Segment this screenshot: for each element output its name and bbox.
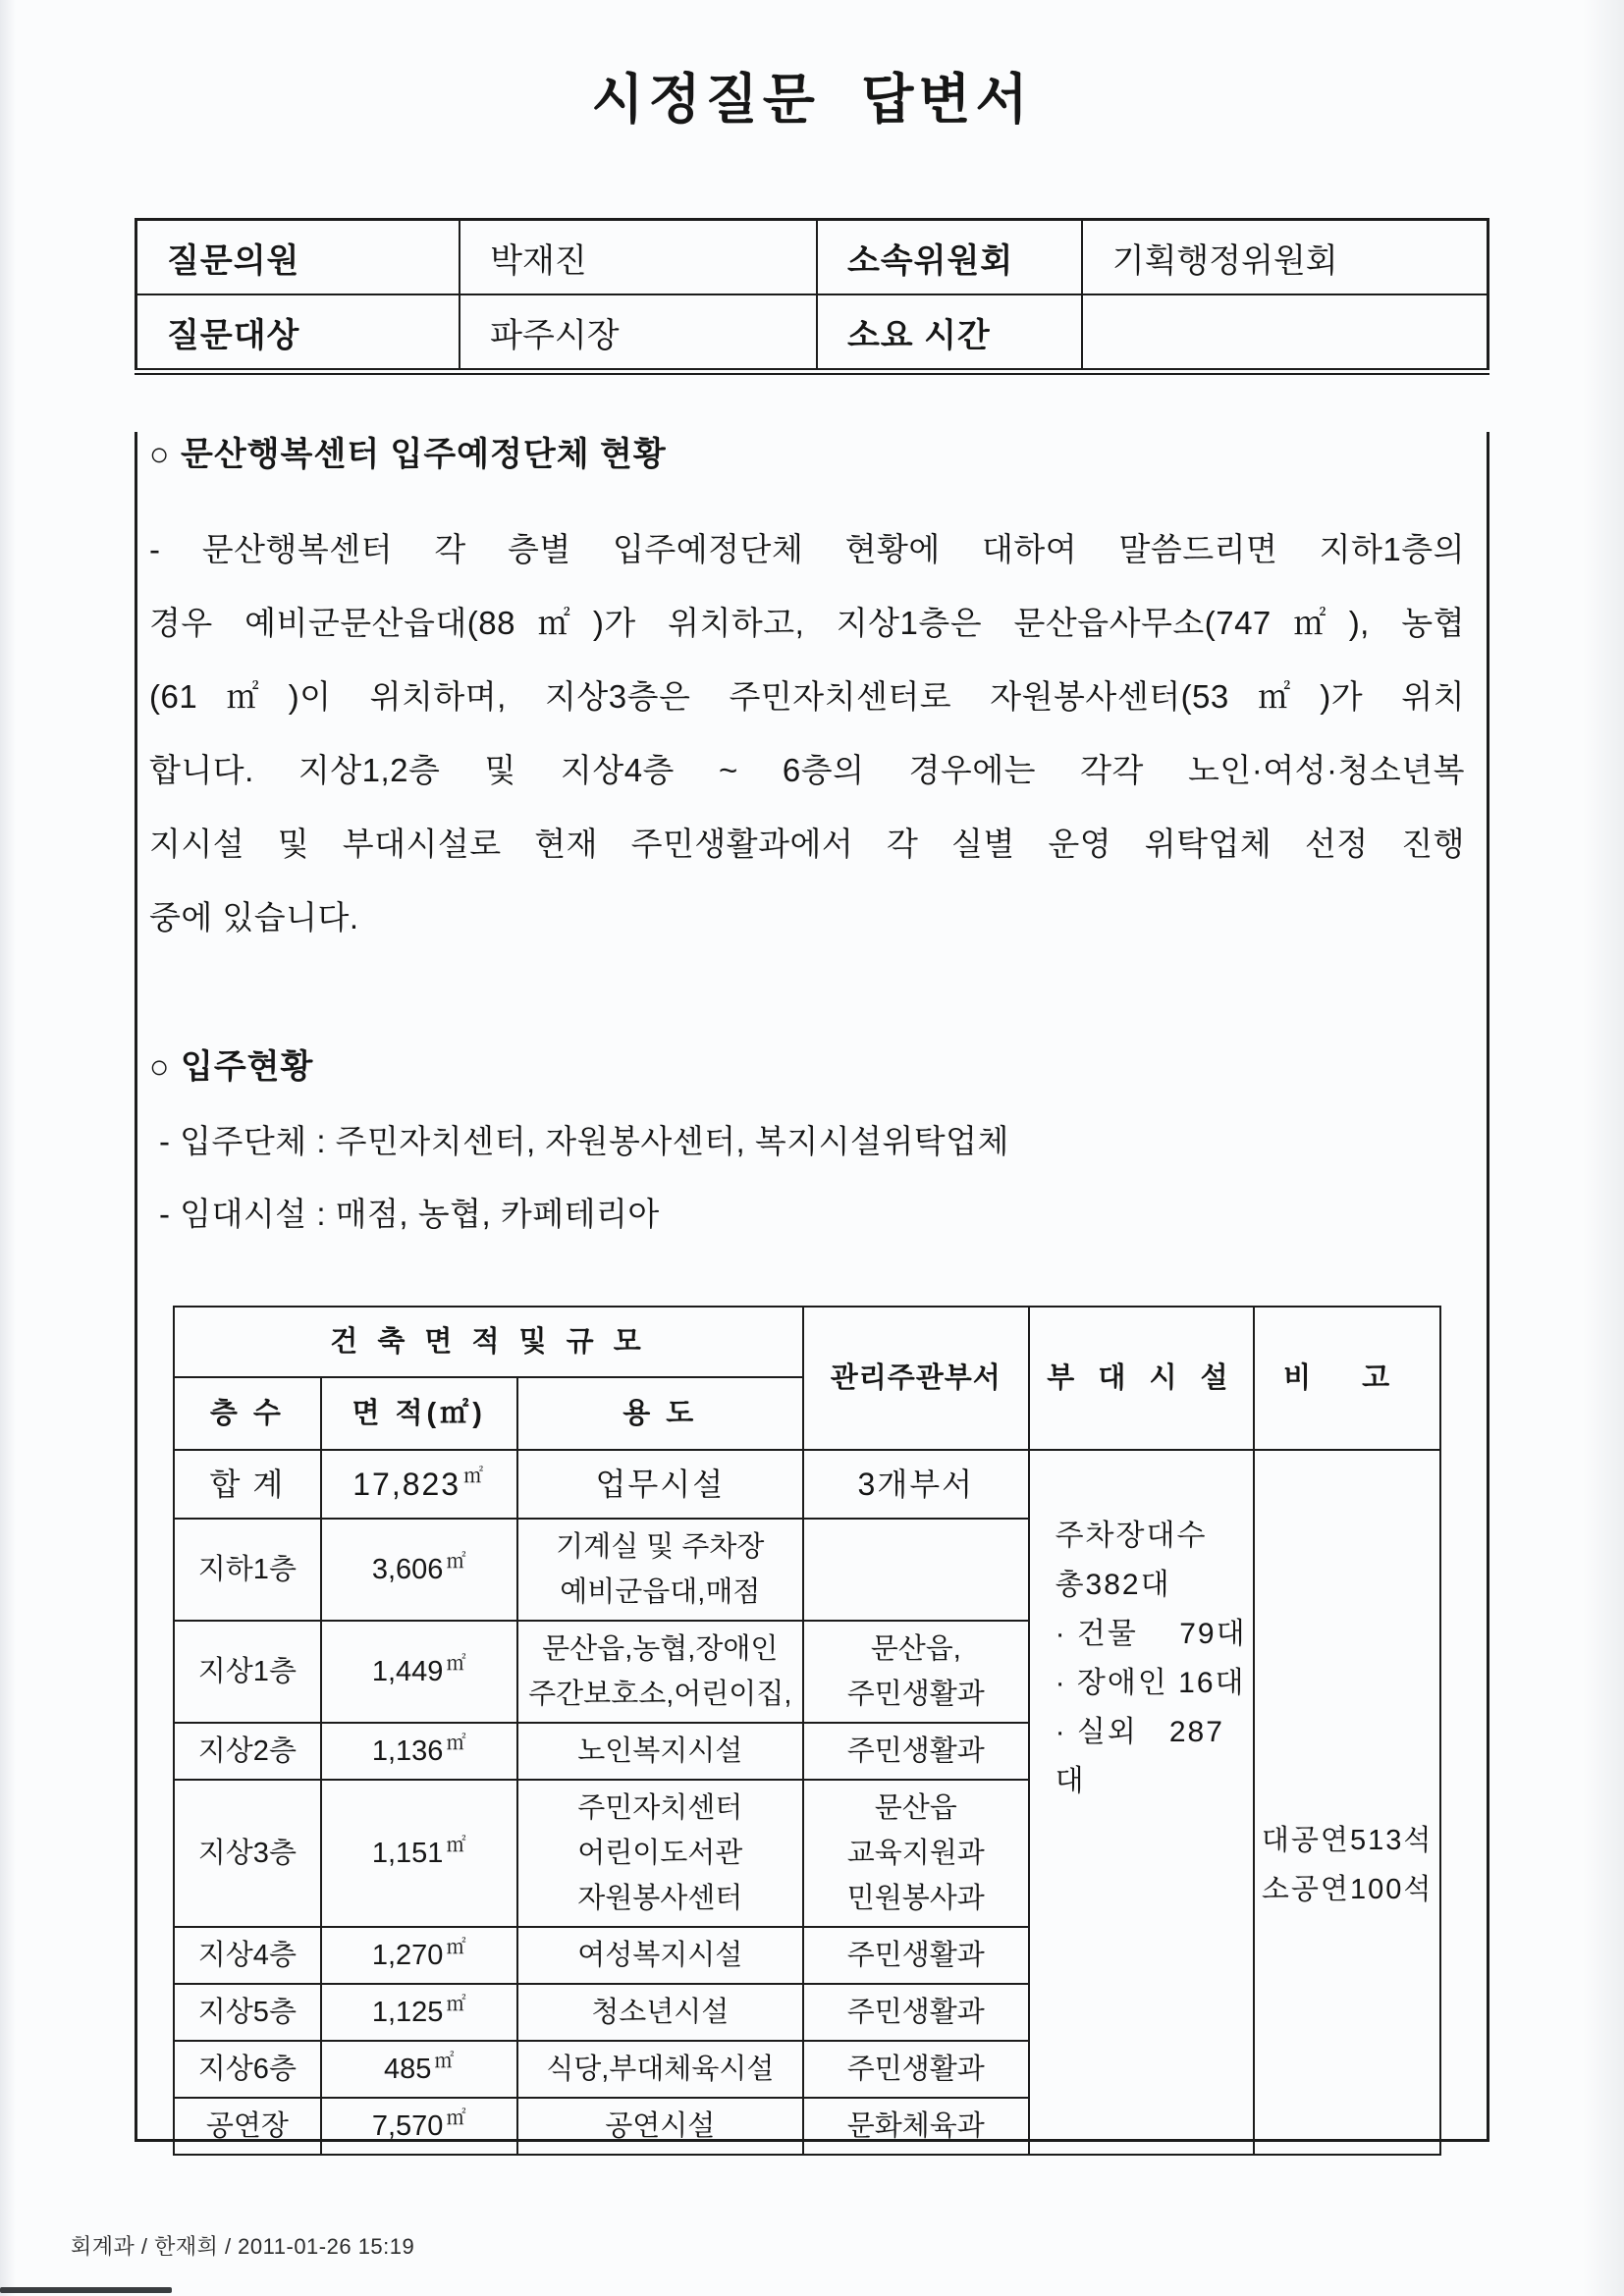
dept-cell: 문산읍, 주민생활과 bbox=[803, 1621, 1029, 1723]
area-cell: 1,136㎡ bbox=[321, 1723, 517, 1780]
questioner-label: 질문의원 bbox=[136, 220, 460, 295]
usage-cell: 식당,부대체육시설 bbox=[517, 2041, 803, 2098]
floor-cell: 지하1층 bbox=[174, 1519, 321, 1621]
area-unit: ㎡ bbox=[443, 2104, 465, 2133]
dept-header-cell: 관리주관부서 bbox=[803, 1307, 1029, 1450]
paragraph-line: 경우 예비군문산읍대(88㎡)가 위치하고, 지상1층은 문산읍사무소(747㎡… bbox=[149, 586, 1465, 660]
area-header-cell: 면 적(㎡) bbox=[321, 1377, 517, 1450]
dept-cell: 주민생활과 bbox=[803, 2041, 1029, 2098]
questioner-value: 박재진 bbox=[460, 220, 817, 295]
floor-cell: 지상6층 bbox=[174, 2041, 321, 2098]
usage-cell: 업무시설 bbox=[517, 1450, 803, 1519]
note-header-cell: 비 고 bbox=[1254, 1307, 1440, 1450]
dept-cell bbox=[803, 1519, 1029, 1621]
floor-cell: 지상2층 bbox=[174, 1723, 321, 1780]
page-title: 시정질문 답변서 bbox=[0, 0, 1624, 130]
usage-cell: 기계실 및 주차장 예비군읍대,매점 bbox=[517, 1519, 803, 1621]
area-cell: 485㎡ bbox=[321, 2041, 517, 2098]
section1-title: ○ 문산행복센터 입주예정단체 현황 bbox=[149, 432, 1465, 477]
answer-body-box: ○ 문산행복센터 입주예정단체 현황 - 문산행복센터 각 층별 입주예정단체 … bbox=[135, 432, 1489, 2142]
paragraph-line: 합니다. 지상1,2층 및 지상4층 ~ 6층의 경우에는 각각 노인·여성·청… bbox=[149, 733, 1465, 807]
area-unit: ㎡ bbox=[443, 1831, 465, 1860]
usage-cell: 주민자치센터 어린이도서관 자원봉사센터 bbox=[517, 1780, 803, 1927]
table-row: 합 계 17,823㎡ 업무시설 3개부서 주차장대수 총382대 · 건물 7… bbox=[174, 1450, 1440, 1519]
dept-cell: 문산읍 교육지원과 민원봉사과 bbox=[803, 1780, 1029, 1927]
usage-cell: 노인복지시설 bbox=[517, 1723, 803, 1780]
floor-cell: 지상1층 bbox=[174, 1621, 321, 1723]
table-header-row: 건 축 면 적 및 규 모 관리주관부서 부 대 시 설 비 고 bbox=[174, 1307, 1440, 1377]
usage-cell: 여성복지시설 bbox=[517, 1927, 803, 1984]
committee-label: 소속위원회 bbox=[817, 220, 1082, 295]
area-cell: 1,125㎡ bbox=[321, 1984, 517, 2041]
paragraph-line: (61㎡)이 위치하며, 지상3층은 주민자치센터로 자원봉사센터(53㎡)가 … bbox=[149, 660, 1465, 733]
area-unit: ㎡ bbox=[443, 1990, 465, 2019]
floor-cell: 지상5층 bbox=[174, 1984, 321, 2041]
area-cell: 17,823㎡ bbox=[321, 1450, 517, 1519]
area-unit: ㎡ bbox=[431, 2047, 454, 2076]
note-cell: 대공연513석 소공연100석 bbox=[1254, 1450, 1440, 2155]
floor-header-cell: 층 수 bbox=[174, 1377, 321, 1450]
floor-cell: 지상4층 bbox=[174, 1927, 321, 1984]
dept-cell: 3개부서 bbox=[803, 1450, 1029, 1519]
paragraph-line: 중에 있습니다. bbox=[149, 881, 1465, 954]
usage-cell: 공연시설 bbox=[517, 2098, 803, 2155]
usage-cell: 청소년시설 bbox=[517, 1984, 803, 2041]
section2-items: - 입주단체 : 주민자치센터, 자원봉사센터, 복지시설위탁업체 - 임대시설… bbox=[149, 1105, 1465, 1251]
floor-cell: 합 계 bbox=[174, 1450, 321, 1519]
area-unit: ㎡ bbox=[443, 1649, 465, 1679]
area-unit: ㎡ bbox=[443, 1933, 465, 1962]
document-footer-stamp: 회계과 / 한재희 / 2011-01-26 15:19 bbox=[71, 2230, 414, 2261]
area-cell: 7,570㎡ bbox=[321, 2098, 517, 2155]
duration-value bbox=[1082, 294, 1489, 372]
annex-cell: 주차장대수 총382대 · 건물 79대 · 장애인 16대 · 실외 287대 bbox=[1029, 1450, 1255, 2155]
dept-cell: 주민생활과 bbox=[803, 1723, 1029, 1780]
usage-cell: 문산읍,농협,장애인 주간보호소,어린이집, bbox=[517, 1621, 803, 1723]
committee-value: 기획행정위원회 bbox=[1082, 220, 1489, 295]
list-item: - 입주단체 : 주민자치센터, 자원봉사센터, 복지시설위탁업체 bbox=[149, 1105, 1465, 1178]
area-cell: 3,606㎡ bbox=[321, 1519, 517, 1621]
question-target-value: 파주시장 bbox=[460, 294, 817, 372]
area-unit: ㎡ bbox=[460, 1462, 485, 1491]
dept-cell: 주민생활과 bbox=[803, 1927, 1029, 1984]
paragraph-line: - 문산행복센터 각 층별 입주예정단체 현황에 대하여 말씀드리면 지하1층의 bbox=[149, 512, 1465, 586]
building-area-table: 건 축 면 적 및 규 모 관리주관부서 부 대 시 설 비 고 층 수 면 적… bbox=[173, 1306, 1441, 2156]
table-row: 질문대상 파주시장 소요 시간 bbox=[136, 294, 1489, 372]
header-info-table: 질문의원 박재진 소속위원회 기획행정위원회 질문대상 파주시장 소요 시간 bbox=[135, 218, 1489, 375]
area-cell: 1,449㎡ bbox=[321, 1621, 517, 1723]
usage-header-cell: 용 도 bbox=[517, 1377, 803, 1450]
scan-artifact bbox=[0, 2287, 172, 2293]
floor-cell: 지상3층 bbox=[174, 1780, 321, 1927]
area-unit: ㎡ bbox=[443, 1547, 465, 1576]
dept-cell: 문화체육과 bbox=[803, 2098, 1029, 2155]
area-unit: ㎡ bbox=[443, 1729, 465, 1758]
annex-header-cell: 부 대 시 설 bbox=[1029, 1307, 1255, 1450]
area-cell: 1,151㎡ bbox=[321, 1780, 517, 1927]
duration-label: 소요 시간 bbox=[817, 294, 1082, 372]
area-cell: 1,270㎡ bbox=[321, 1927, 517, 1984]
section2-title: ○ 입주현황 bbox=[149, 1044, 1465, 1090]
floor-cell: 공연장 bbox=[174, 2098, 321, 2155]
table-row: 질문의원 박재진 소속위원회 기획행정위원회 bbox=[136, 220, 1489, 295]
list-item: - 임대시설 : 매점, 농협, 카페테리아 bbox=[149, 1178, 1465, 1251]
answer-paragraph: - 문산행복센터 각 층별 입주예정단체 현황에 대하여 말씀드리면 지하1층의… bbox=[149, 512, 1465, 954]
paragraph-line: 지시설 및 부대시설로 현재 주민생활과에서 각 실별 운영 위탁업체 선정 진… bbox=[149, 807, 1465, 881]
question-target-label: 질문대상 bbox=[136, 294, 460, 372]
group-header-cell: 건 축 면 적 및 규 모 bbox=[174, 1307, 803, 1377]
dept-cell: 주민생활과 bbox=[803, 1984, 1029, 2041]
